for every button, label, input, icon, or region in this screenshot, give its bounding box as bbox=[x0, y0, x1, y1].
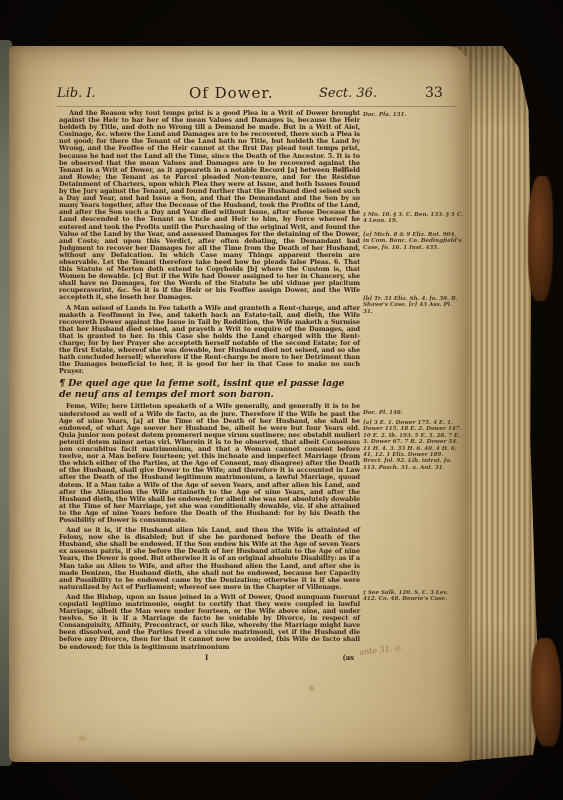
leather-cover-patch-bottom bbox=[531, 638, 561, 746]
foxing-spot bbox=[79, 736, 86, 741]
volume-label: Lib. I. bbox=[57, 86, 96, 101]
margin-note: [b] Tr. 31 Eliz. Sh. 4. fo. 30. B. Shawe… bbox=[363, 296, 463, 315]
margin-note: [a] Mich. 8 & 9 Eliz. Rot. 904. in Com. … bbox=[363, 232, 463, 251]
paragraph: Feme, Wife; here Littleton speaketh of a… bbox=[59, 403, 360, 524]
paragraph: And the Reason why tout temps prist is a… bbox=[59, 110, 360, 302]
foxing-spot bbox=[309, 686, 314, 691]
running-head: Lib. I. Of Dower. Sect. 36. 33 bbox=[57, 84, 435, 104]
margin-note: ‡ Mo. 10. § 3. C. Ben. 133. § 5 C. 4 Leo… bbox=[363, 212, 463, 225]
main-text-column: And the Reason why tout temps prist is a… bbox=[59, 110, 360, 661]
littleton-section-heading: ¶ De quel age que la feme soit, issint q… bbox=[59, 378, 360, 400]
page-number: 33 bbox=[425, 85, 443, 101]
signature-mark: I bbox=[205, 654, 208, 661]
catchword: (as bbox=[343, 654, 355, 661]
margin-note: ‡ See Salk. 120. S. C. 3 Lev. 412. Co. 4… bbox=[363, 590, 463, 603]
margin-note: Doc. Pla. 131. bbox=[363, 112, 463, 118]
margin-note: Doc. Pl. 148. bbox=[363, 410, 463, 416]
paragraph: A Man seised of Lands in Fee taketh a Wi… bbox=[59, 305, 360, 376]
section-label: Sect. 36. bbox=[319, 86, 377, 101]
paragraph: And the Bishop, upon an Issue joined in … bbox=[59, 594, 360, 651]
handwritten-annotation: ante 31. a. bbox=[359, 636, 459, 657]
book-page: Lib. I. Of Dower. Sect. 36. 33 And the R… bbox=[9, 46, 469, 762]
paragraph: And so it is, if the Husband alien his L… bbox=[59, 527, 360, 591]
footer-line: I (as bbox=[59, 654, 360, 661]
page-title: Of Dower. bbox=[189, 84, 274, 102]
leather-cover-patch-top bbox=[528, 176, 553, 301]
margin-note: [a] 3 E. 1. Dower 175. 4 E. 1. Dower 115… bbox=[363, 420, 463, 471]
header-rule bbox=[57, 106, 457, 107]
photo-of-book: Lib. I. Of Dower. Sect. 36. 33 And the R… bbox=[0, 0, 563, 800]
